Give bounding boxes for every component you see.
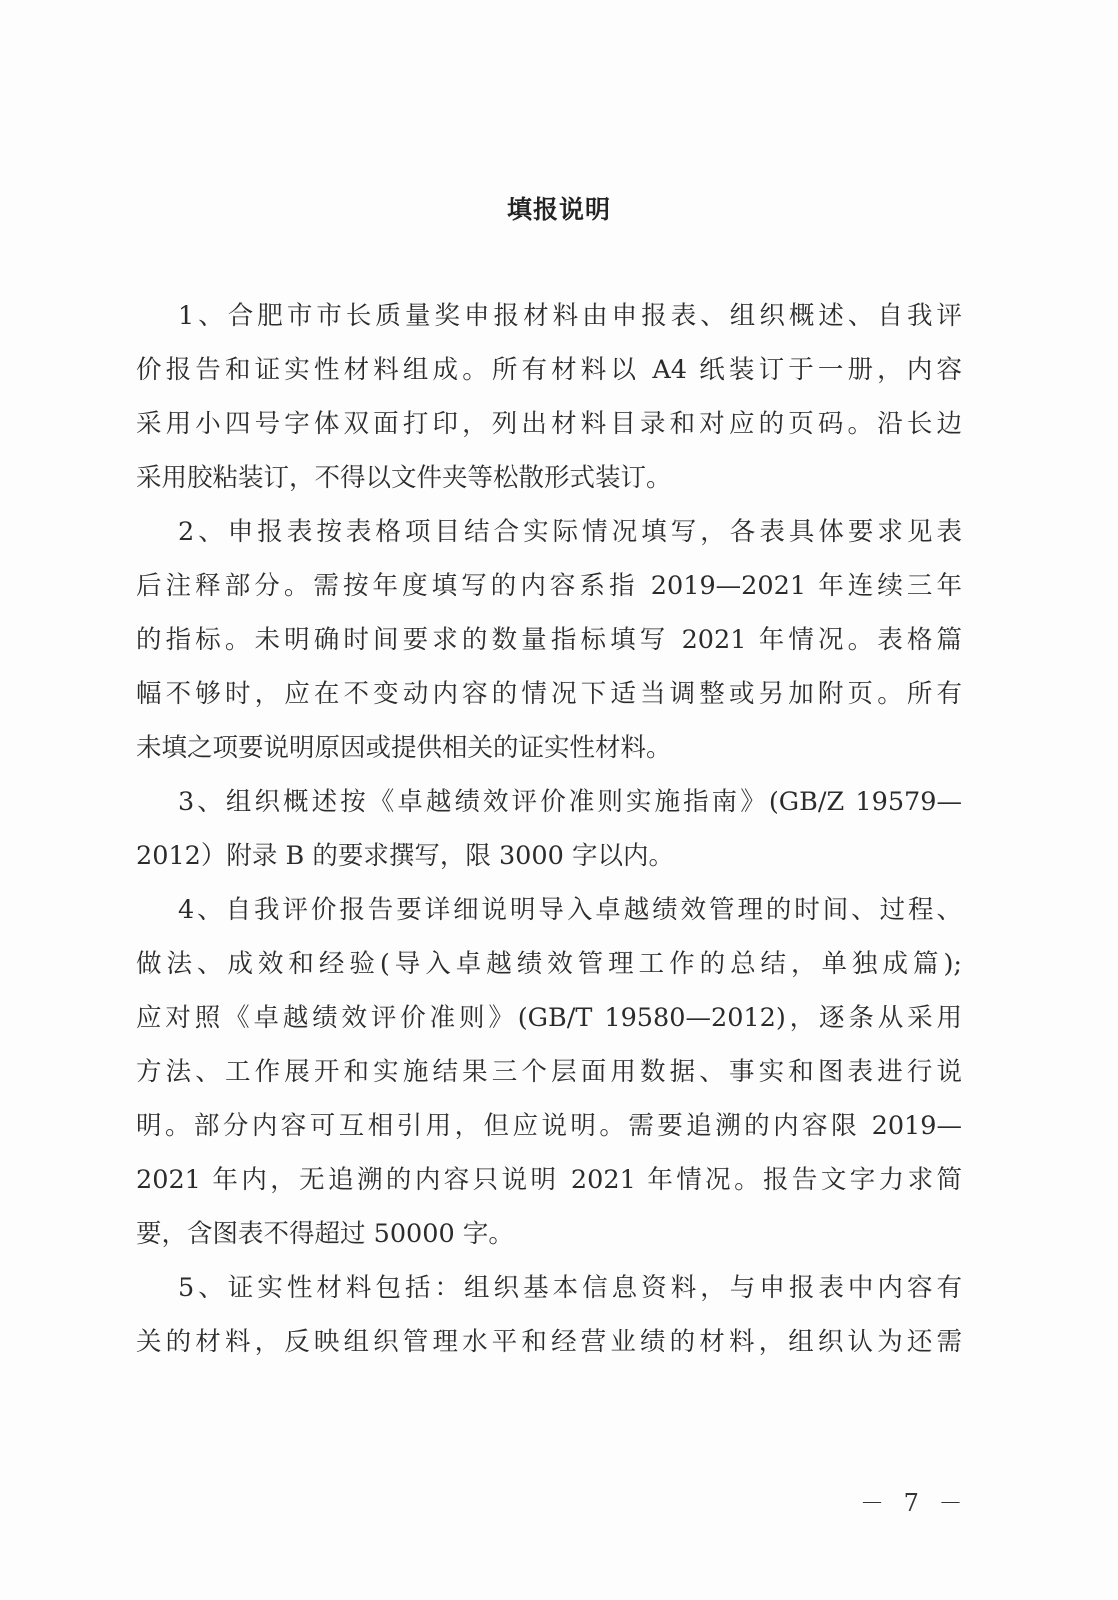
paragraph-4-line-1: 4、自我评价报告要详细说明导入卓越绩效管理的时间、过程、 xyxy=(178,892,962,928)
paragraph-4-line-3: 应对照《卓越绩效评价准则》(GB/T 19580—2012)，逐条从采用 xyxy=(136,1000,962,1036)
paragraph-4-line-6: 2021 年内，无追溯的内容只说明 2021 年情况。报告文字力求简 xyxy=(136,1162,962,1198)
paragraph-3-line-1: 3、组织概述按《卓越绩效评价准则实施指南》(GB/Z 19579— xyxy=(178,784,962,820)
paragraph-3-line-2: 2012）附录 B 的要求撰写，限 3000 字以内。 xyxy=(136,838,962,874)
paragraph-1-line-3: 采用小四号字体双面打印，列出材料目录和对应的页码。沿长边 xyxy=(136,406,962,442)
paragraph-4-line-4: 方法、工作展开和实施结果三个层面用数据、事实和图表进行说 xyxy=(136,1054,962,1090)
paragraph-4-line-2: 做法、成效和经验(导入卓越绩效管理工作的总结，单独成篇); xyxy=(136,946,962,982)
paragraph-5-line-2: 关的材料，反映组织管理水平和经营业绩的材料，组织认为还需 xyxy=(136,1324,962,1360)
paragraph-1-line-1: 1、合肥市市长质量奖申报材料由申报表、组织概述、自我评 xyxy=(178,298,962,334)
paragraph-2-line-2: 后注释部分。需按年度填写的内容系指 2019—2021 年连续三年 xyxy=(136,568,962,604)
paragraph-2-line-3: 的指标。未明确时间要求的数量指标填写 2021 年情况。表格篇 xyxy=(136,622,962,658)
paragraph-1-line-2: 价报告和证实性材料组成。所有材料以 A4 纸装订于一册，内容 xyxy=(136,352,962,388)
paragraph-4-line-7: 要，含图表不得超过 50000 字。 xyxy=(136,1216,962,1252)
page-title: 填报说明 xyxy=(0,190,1118,226)
document-page: 填报说明 1、合肥市市长质量奖申报材料由申报表、组织概述、自我评 价报告和证实性… xyxy=(0,0,1118,1600)
paragraph-4-line-5: 明。部分内容可互相引用，但应说明。需要追溯的内容限 2019— xyxy=(136,1108,962,1144)
paragraph-5-line-1: 5、证实性材料包括：组织基本信息资料，与申报表中内容有 xyxy=(178,1270,962,1306)
paragraph-2-line-4: 幅不够时，应在不变动内容的情况下适当调整或另加附页。所有 xyxy=(136,676,962,712)
paragraph-2-line-5: 未填之项要说明原因或提供相关的证实性材料。 xyxy=(136,730,962,766)
paragraph-1-line-4: 采用胶粘装订，不得以文件夹等松散形式装订。 xyxy=(136,460,962,496)
paragraph-2-line-1: 2、申报表按表格项目结合实际情况填写，各表具体要求见表 xyxy=(178,514,962,550)
page-number: － 7 － xyxy=(860,1483,969,1518)
